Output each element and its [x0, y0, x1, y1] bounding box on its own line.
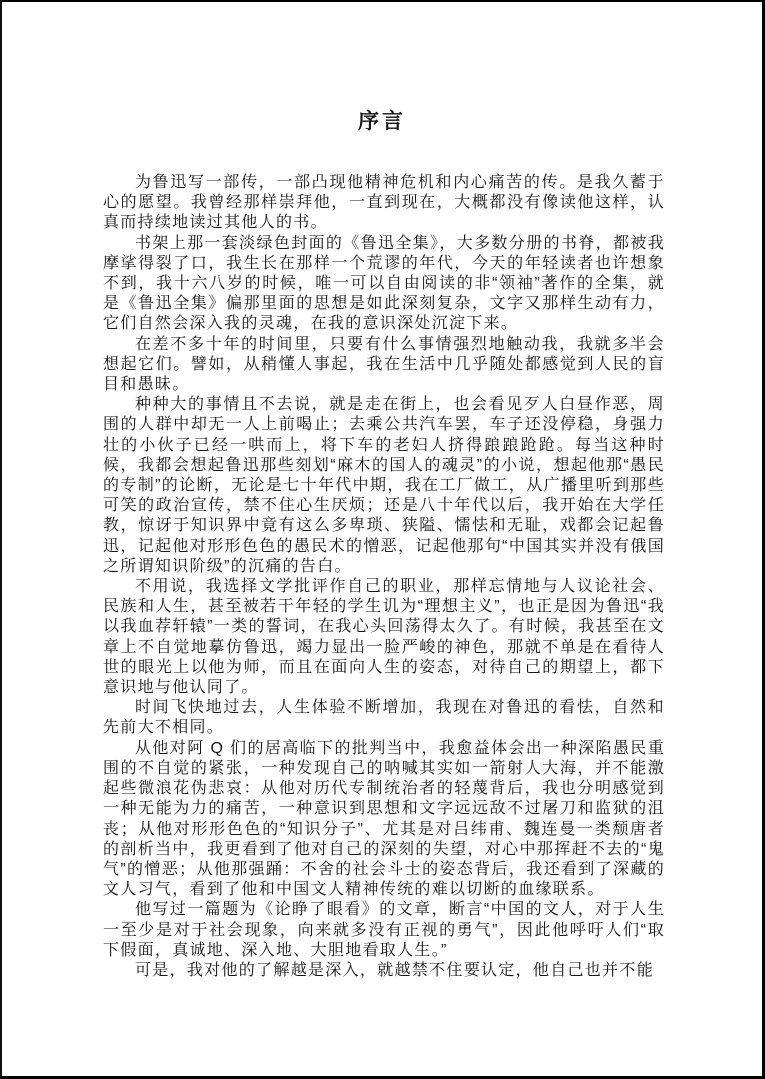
scanned-book-page: 序言 为鲁迅写一部传，一部凸现他精神危机和内心痛苦的传。是我久蓄于心的愿望。我曾…: [0, 0, 765, 1079]
paragraph: 从他对阿 Q 们的居高临下的批判当中，我愈益体会出一种深陷愚民重围的不自觉的紧张…: [103, 739, 665, 901]
paragraph: 种种大的事情且不去说，就是走在街上，也会看见歹人白昼作恶，周围的人群中却无一人上…: [103, 395, 665, 577]
page-title: 序言: [2, 105, 762, 135]
paragraph: 他写过一篇题为《论睁了眼看》的文章，断言“中国的文人，对于人生一至少是对于社会现…: [103, 900, 665, 961]
paragraph: 可是，我对他的了解越是深入，就越禁不住要认定，他自己也并不能: [103, 961, 665, 981]
paragraph: 书架上那一套淡绿色封面的《鲁迅全集》，大多数分册的书脊，都被我摩挲得裂了口，我生…: [103, 234, 665, 335]
paragraph: 不用说，我选择文学批评作自己的职业，那样忘情地与人议论社会、民族和人生，甚至被若…: [103, 577, 665, 698]
paragraph: 在差不多十年的时间里，只要有什么事情强烈地触动我，我就多半会想起它们。譬如，从稍…: [103, 335, 665, 396]
document-body: 为鲁迅写一部传，一部凸现他精神危机和内心痛苦的传。是我久蓄于心的愿望。我曾经那样…: [103, 173, 665, 981]
paragraph: 为鲁迅写一部传，一部凸现他精神危机和内心痛苦的传。是我久蓄于心的愿望。我曾经那样…: [103, 173, 665, 234]
paragraph: 时间飞快地过去，人生体验不断增加，我现在对鲁迅的看怯，自然和先前大不相同。: [103, 698, 665, 738]
